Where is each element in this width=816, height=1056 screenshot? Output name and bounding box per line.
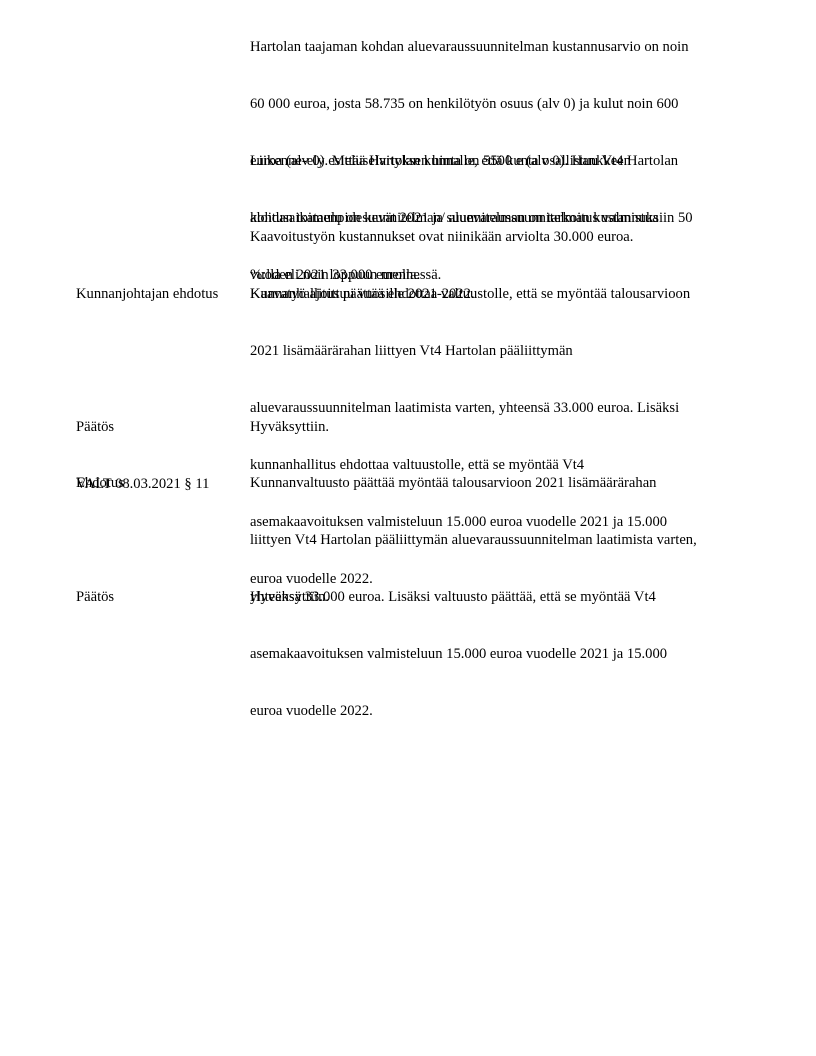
text-line: liittyen Vt4 Hartolan pääliittymän aluev… (250, 531, 750, 550)
text-line: Hyväksyttiin. (250, 418, 750, 437)
text-line: 60 000 euroa, josta 58.735 on henkilötyö… (250, 95, 750, 114)
text-line: Kunnanvaltuusto päättää myöntää talousar… (250, 474, 750, 493)
text-line: euroa vuodelle 2022. (250, 702, 750, 721)
section-label-decision: Päätös (76, 550, 246, 645)
text-line: asemakaavoituksen valmisteluun 15.000 eu… (250, 645, 750, 664)
label-line: Ehdotus (76, 474, 246, 493)
label-line: Päätös (76, 418, 246, 437)
text-line: Hyväksyttiin. (250, 588, 750, 607)
section-label-proposal: Ehdotus (76, 436, 246, 531)
label-line: Päätös (76, 588, 246, 607)
section-body-decision: Hyväksyttiin. (250, 550, 750, 645)
text-line: 2021 lisämäärärahan liittyen Vt4 Hartola… (250, 342, 750, 361)
text-line: Kaavoitustyön kustannukset ovat niinikää… (250, 228, 750, 247)
text-line: Hartolan taajaman kohdan aluevaraussuunn… (250, 38, 750, 57)
document-page: Hartolan taajaman kohdan aluevaraussuunn… (0, 0, 816, 1056)
label-line: Kunnanjohtajan ehdotus (76, 285, 246, 304)
text-line: Liikenne-ely esittää Hartolan kunnalle, … (250, 152, 750, 171)
text-line: Kunnanhallitus päättää ehdottaa valtuust… (250, 285, 750, 304)
section-label-manager-proposal: Kunnanjohtajan ehdotus (76, 247, 246, 342)
